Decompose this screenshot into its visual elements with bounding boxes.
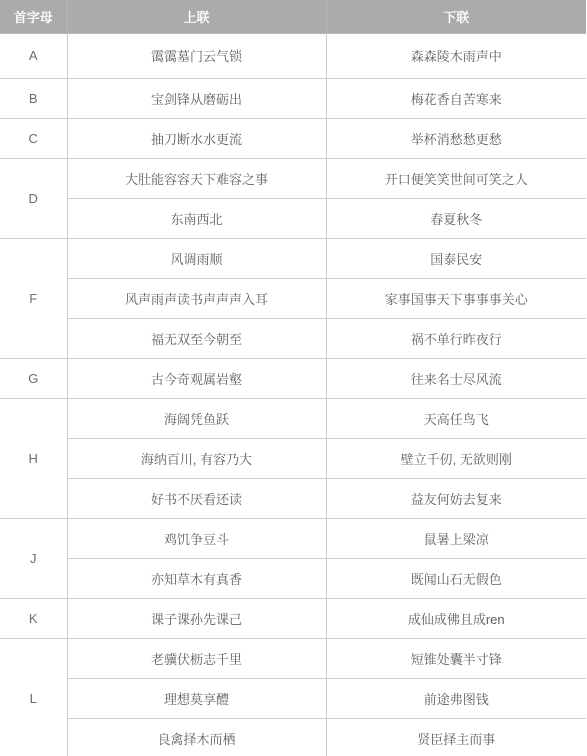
letter-cell: D	[0, 158, 67, 238]
couplet-table: 首字母 上联 下联 A霭霭墓门云气锁森森陵木雨声中B宝剑锋从磨砺出梅花香自苦寒来…	[0, 0, 586, 756]
upper-line-cell: 老骥伏枥志千里	[67, 638, 326, 678]
lower-line-cell: 短锥处囊半寸锋	[326, 638, 586, 678]
table-row: 理想莫享醴前途弗图钱	[0, 678, 586, 718]
letter-cell: J	[0, 518, 67, 598]
upper-line-cell: 鸡饥争豆斗	[67, 518, 326, 558]
upper-line-cell: 大肚能容容天下难容之事	[67, 158, 326, 198]
lower-line-cell: 鼠暑上梁凉	[326, 518, 586, 558]
lower-line-cell: 既闻山石无假色	[326, 558, 586, 598]
table-body: A霭霭墓门云气锁森森陵木雨声中B宝剑锋从磨砺出梅花香自苦寒来C抽刀断水水更流举杯…	[0, 33, 586, 756]
letter-cell: K	[0, 598, 67, 638]
table-row: 海纳百川, 有容乃大壁立千仞, 无欲则刚	[0, 438, 586, 478]
upper-line-cell: 风调雨顺	[67, 238, 326, 278]
table-row: F风调雨顺国泰民安	[0, 238, 586, 278]
upper-line-cell: 霭霭墓门云气锁	[67, 33, 326, 78]
letter-cell: F	[0, 238, 67, 358]
table-row: B宝剑锋从磨砺出梅花香自苦寒来	[0, 78, 586, 118]
lower-line-cell: 成仙成佛且成ren	[326, 598, 586, 638]
header-cell-lower-line: 下联	[326, 0, 586, 33]
upper-line-cell: 海纳百川, 有容乃大	[67, 438, 326, 478]
letter-cell: G	[0, 358, 67, 398]
table-row: L老骥伏枥志千里短锥处囊半寸锋	[0, 638, 586, 678]
lower-line-cell: 森森陵木雨声中	[326, 33, 586, 78]
upper-line-cell: 亦知草木有真香	[67, 558, 326, 598]
letter-cell: L	[0, 638, 67, 756]
header-row: 首字母 上联 下联	[0, 0, 586, 33]
lower-line-cell: 前途弗图钱	[326, 678, 586, 718]
lower-line-cell: 家事国事天下事事事关心	[326, 278, 586, 318]
upper-line-cell: 课子课孙先课己	[67, 598, 326, 638]
lower-line-cell: 国泰民安	[326, 238, 586, 278]
lower-line-cell: 祸不单行昨夜行	[326, 318, 586, 358]
upper-line-cell: 良禽择木而栖	[67, 718, 326, 756]
upper-line-cell: 东南西北	[67, 198, 326, 238]
letter-cell: H	[0, 398, 67, 518]
upper-line-cell: 宝剑锋从磨砺出	[67, 78, 326, 118]
lower-line-cell: 春夏秋冬	[326, 198, 586, 238]
table-row: K课子课孙先课己成仙成佛且成ren	[0, 598, 586, 638]
lower-line-cell: 往来名士尽风流	[326, 358, 586, 398]
upper-line-cell: 福无双至今朝至	[67, 318, 326, 358]
upper-line-cell: 抽刀断水水更流	[67, 118, 326, 158]
table-row: 风声雨声读书声声声入耳家事国事天下事事事关心	[0, 278, 586, 318]
letter-cell: C	[0, 118, 67, 158]
lower-line-cell: 贤臣择主而事	[326, 718, 586, 756]
upper-line-cell: 海阔凭鱼跃	[67, 398, 326, 438]
header-cell-first-letter: 首字母	[0, 0, 67, 33]
table-row: H海阔凭鱼跃天高任鸟飞	[0, 398, 586, 438]
upper-line-cell: 好书不厌看还读	[67, 478, 326, 518]
table-row: 好书不厌看还读益友何妨去复来	[0, 478, 586, 518]
lower-line-cell: 壁立千仞, 无欲则刚	[326, 438, 586, 478]
table-row: 良禽择木而栖贤臣择主而事	[0, 718, 586, 756]
table-row: G古今奇观属岩壑往来名士尽风流	[0, 358, 586, 398]
page: 首字母 上联 下联 A霭霭墓门云气锁森森陵木雨声中B宝剑锋从磨砺出梅花香自苦寒来…	[0, 0, 587, 756]
table-row: D大肚能容容天下难容之事开口便笑笑世间可笑之人	[0, 158, 586, 198]
table-header: 首字母 上联 下联	[0, 0, 586, 33]
upper-line-cell: 古今奇观属岩壑	[67, 358, 326, 398]
lower-line-cell: 益友何妨去复来	[326, 478, 586, 518]
table-row: 福无双至今朝至祸不单行昨夜行	[0, 318, 586, 358]
upper-line-cell: 风声雨声读书声声声入耳	[67, 278, 326, 318]
letter-cell: B	[0, 78, 67, 118]
header-cell-upper-line: 上联	[67, 0, 326, 33]
letter-cell: A	[0, 33, 67, 78]
lower-line-cell: 开口便笑笑世间可笑之人	[326, 158, 586, 198]
lower-line-cell: 天高任鸟飞	[326, 398, 586, 438]
lower-line-cell: 举杯消愁愁更愁	[326, 118, 586, 158]
lower-line-cell: 梅花香自苦寒来	[326, 78, 586, 118]
upper-line-cell: 理想莫享醴	[67, 678, 326, 718]
table-row: A霭霭墓门云气锁森森陵木雨声中	[0, 33, 586, 78]
table-row: J鸡饥争豆斗鼠暑上梁凉	[0, 518, 586, 558]
table-row: 亦知草木有真香既闻山石无假色	[0, 558, 586, 598]
table-row: 东南西北春夏秋冬	[0, 198, 586, 238]
table-row: C抽刀断水水更流举杯消愁愁更愁	[0, 118, 586, 158]
